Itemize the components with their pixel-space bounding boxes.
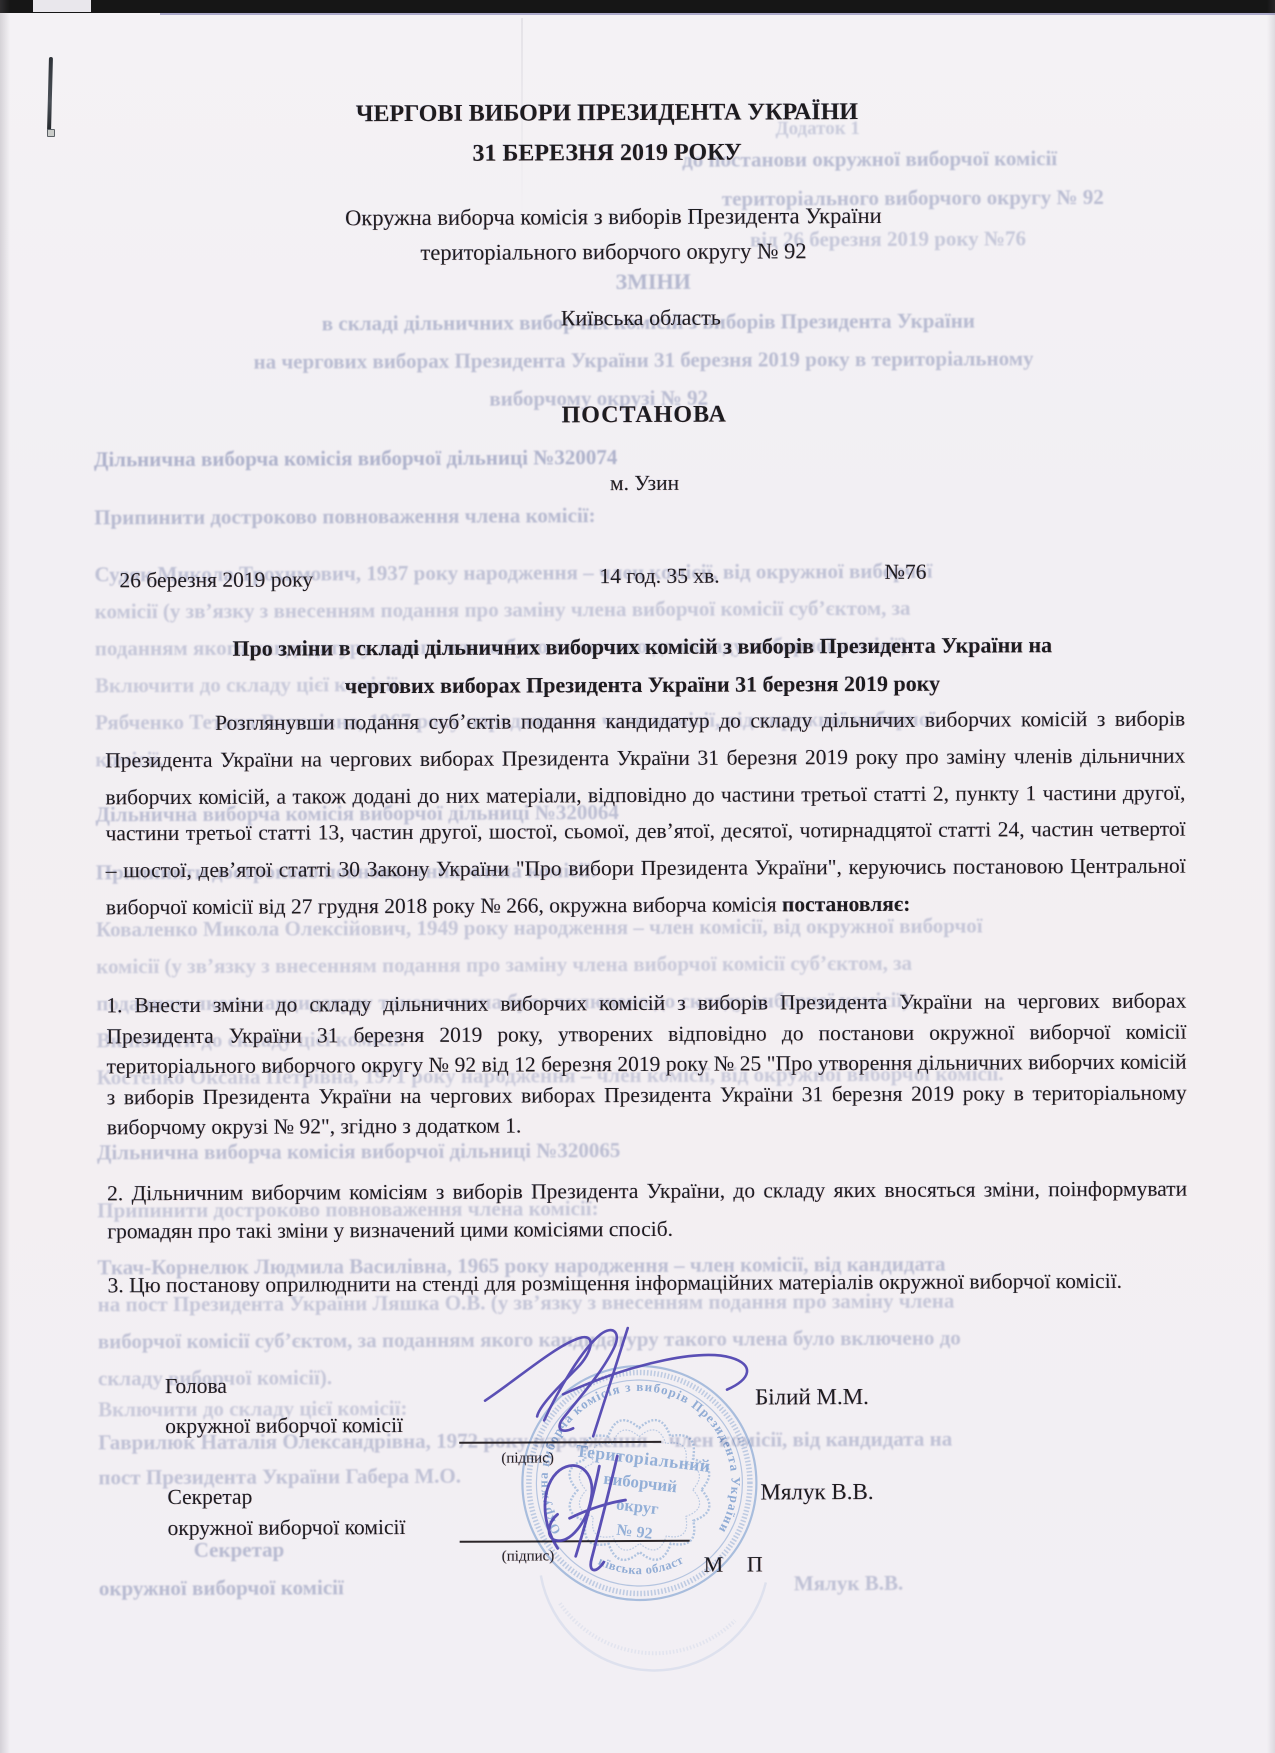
secretary-name: Мялук В.В. [760,1479,873,1505]
commission-name-line1: Окружна виборча комісія з виборів Презид… [0,201,1251,233]
chairman-role-line2: окружної виборчої комісії [165,1413,403,1439]
region-line: Київська область [3,302,1275,334]
scanned-document-page: Додаток 1до постанови окружної виборчої … [0,0,1275,1753]
document-body: ЧЕРГОВІ ВИБОРИ ПРЕЗИДЕНТА УКРАЇНИ 31 БЕР… [0,0,1275,1753]
chairman-name: Білий М.М. [755,1384,869,1410]
resolution-item-2: 2. Дільничним виборчим комісіям з виборі… [107,1170,1187,1251]
election-title-line2: 31 БЕРЕЗНЯ 2019 РОКУ [0,137,1245,170]
preamble-paragraph: Розглянувши подання суб’єктів подання ка… [105,701,1186,926]
resolution-item-1: 1. Внести зміни до складу дільничних виб… [106,986,1187,1143]
secretary-signature-caption: (підпис) [502,1548,555,1565]
subject-title-line1: Про зміни в складі дільничних виборчих к… [95,632,1190,663]
secretary-role-line2: окружної виборчої комісії [168,1515,406,1541]
chairman-signature-line [459,1441,661,1444]
preamble-text: Розглянувши подання суб’єктів подання ка… [105,707,1186,920]
chairman-role-line1: Голова [165,1374,227,1399]
document-date: 26 березня 2019 року [119,567,313,593]
election-title-line1: ЧЕРГОВІ ВИБОРИ ПРЕЗИДЕНТА УКРАЇНИ [0,97,1244,130]
chairman-signature-caption: (підпис) [501,1450,554,1467]
secretary-signature-line [460,1540,690,1543]
preamble-resolves-word: постановляє: [782,892,910,917]
subject-title-line2: чергових виборах Президента України 31 б… [95,670,1190,701]
secretary-role-line1: Секретар [167,1485,252,1510]
document-time: 14 год. 35 хв. [599,564,719,590]
resolution-item-3: 3. Цю постанову оприлюднити на стенді дл… [107,1262,1187,1305]
document-type-title: ПОСТАНОВА [7,399,1275,432]
document-number: №76 [884,560,926,585]
seal-place-note: М П [704,1551,772,1577]
city-line: м. Узин [7,468,1275,499]
commission-name-line2: територіального виборчого округу № 92 [0,236,1251,268]
